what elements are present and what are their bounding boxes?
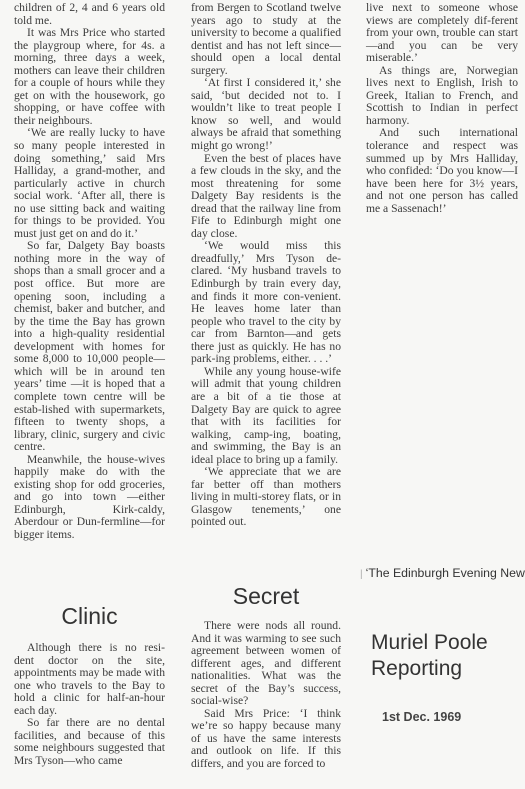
section-heading-secret: Secret [191, 583, 341, 609]
paragraph: So far there are no dental facilities, a… [14, 717, 165, 767]
paragraph: Even the best of places have a few cloud… [191, 153, 341, 241]
paragraph: And such international tolerance and res… [366, 127, 518, 215]
article-column-right: live next to someone whose views are com… [366, 2, 518, 215]
paragraph: There were nods all round. And it was wa… [191, 620, 341, 708]
paragraph: Meanwhile, the house-wives happily make … [14, 454, 165, 542]
paragraph: Said Mrs Price: ‘I think we’re so happy … [191, 708, 341, 771]
paragraph: Although there is no resi-dent doctor on… [14, 642, 165, 717]
newspaper-clipping: children of 2, 4 and 6 years old told me… [0, 0, 525, 789]
section-heading-clinic: Clinic [14, 603, 165, 629]
byline-author: Muriel Poole [371, 630, 488, 656]
paragraph: ‘At first I considered it,’ she said, ‘b… [191, 77, 341, 152]
source-credit: |‘The Edinburgh Evening News’ [360, 566, 525, 580]
paragraph: ‘We appreciate that we are far better of… [191, 466, 341, 529]
paragraph: children of 2, 4 and 6 years old told me… [14, 2, 165, 27]
paragraph: While any young house-wife will admit th… [191, 366, 341, 466]
paragraph: ‘We would miss this dreadfully,’ Mrs Tys… [191, 240, 341, 365]
paragraph: It was Mrs Price who started the playgro… [14, 27, 165, 127]
paragraph: ‘We are really lucky to have so many peo… [14, 127, 165, 240]
article-column-left: children of 2, 4 and 6 years old told me… [14, 2, 165, 542]
article-column-middle: from Bergen to Scotland twelve years ago… [191, 2, 341, 529]
source-name: ‘The Edinburgh Evening News’ [366, 566, 525, 580]
byline: Muriel Poole Reporting [371, 630, 488, 682]
byline-role: Reporting [371, 656, 488, 682]
dateline: 1st Dec. 1969 [382, 710, 461, 724]
paragraph: As things are, Norwegian lives next to E… [366, 65, 518, 128]
paragraph: So far, Dalgety Bay boasts nothing more … [14, 240, 165, 453]
divider-mark: | [360, 569, 363, 580]
secret-section-text: There were nods all round. And it was wa… [191, 620, 341, 771]
paragraph: from Bergen to Scotland twelve years ago… [191, 2, 341, 77]
paragraph: live next to someone whose views are com… [366, 2, 518, 65]
clinic-section-text: Although there is no resi-dent doctor on… [14, 642, 165, 767]
